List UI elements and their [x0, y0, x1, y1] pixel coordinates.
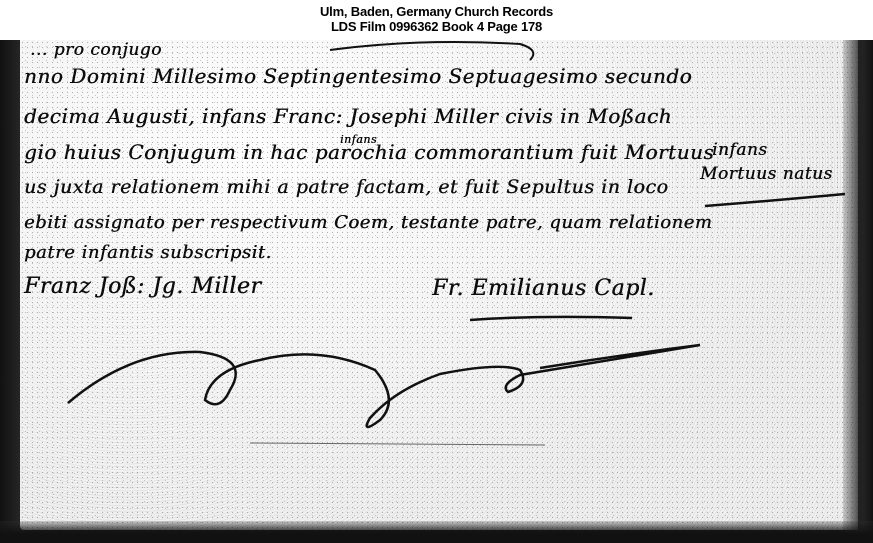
caption-subtitle: LDS Film 0996362 Book 4 Page 178 — [0, 19, 873, 34]
scanned-record-image: ... pro conjugo nno Domini Millesimo Sep… — [0, 40, 873, 543]
pen-flourishes — [0, 40, 873, 543]
document-caption: Ulm, Baden, Germany Church Records LDS F… — [0, 0, 873, 40]
caption-title: Ulm, Baden, Germany Church Records — [0, 4, 873, 19]
